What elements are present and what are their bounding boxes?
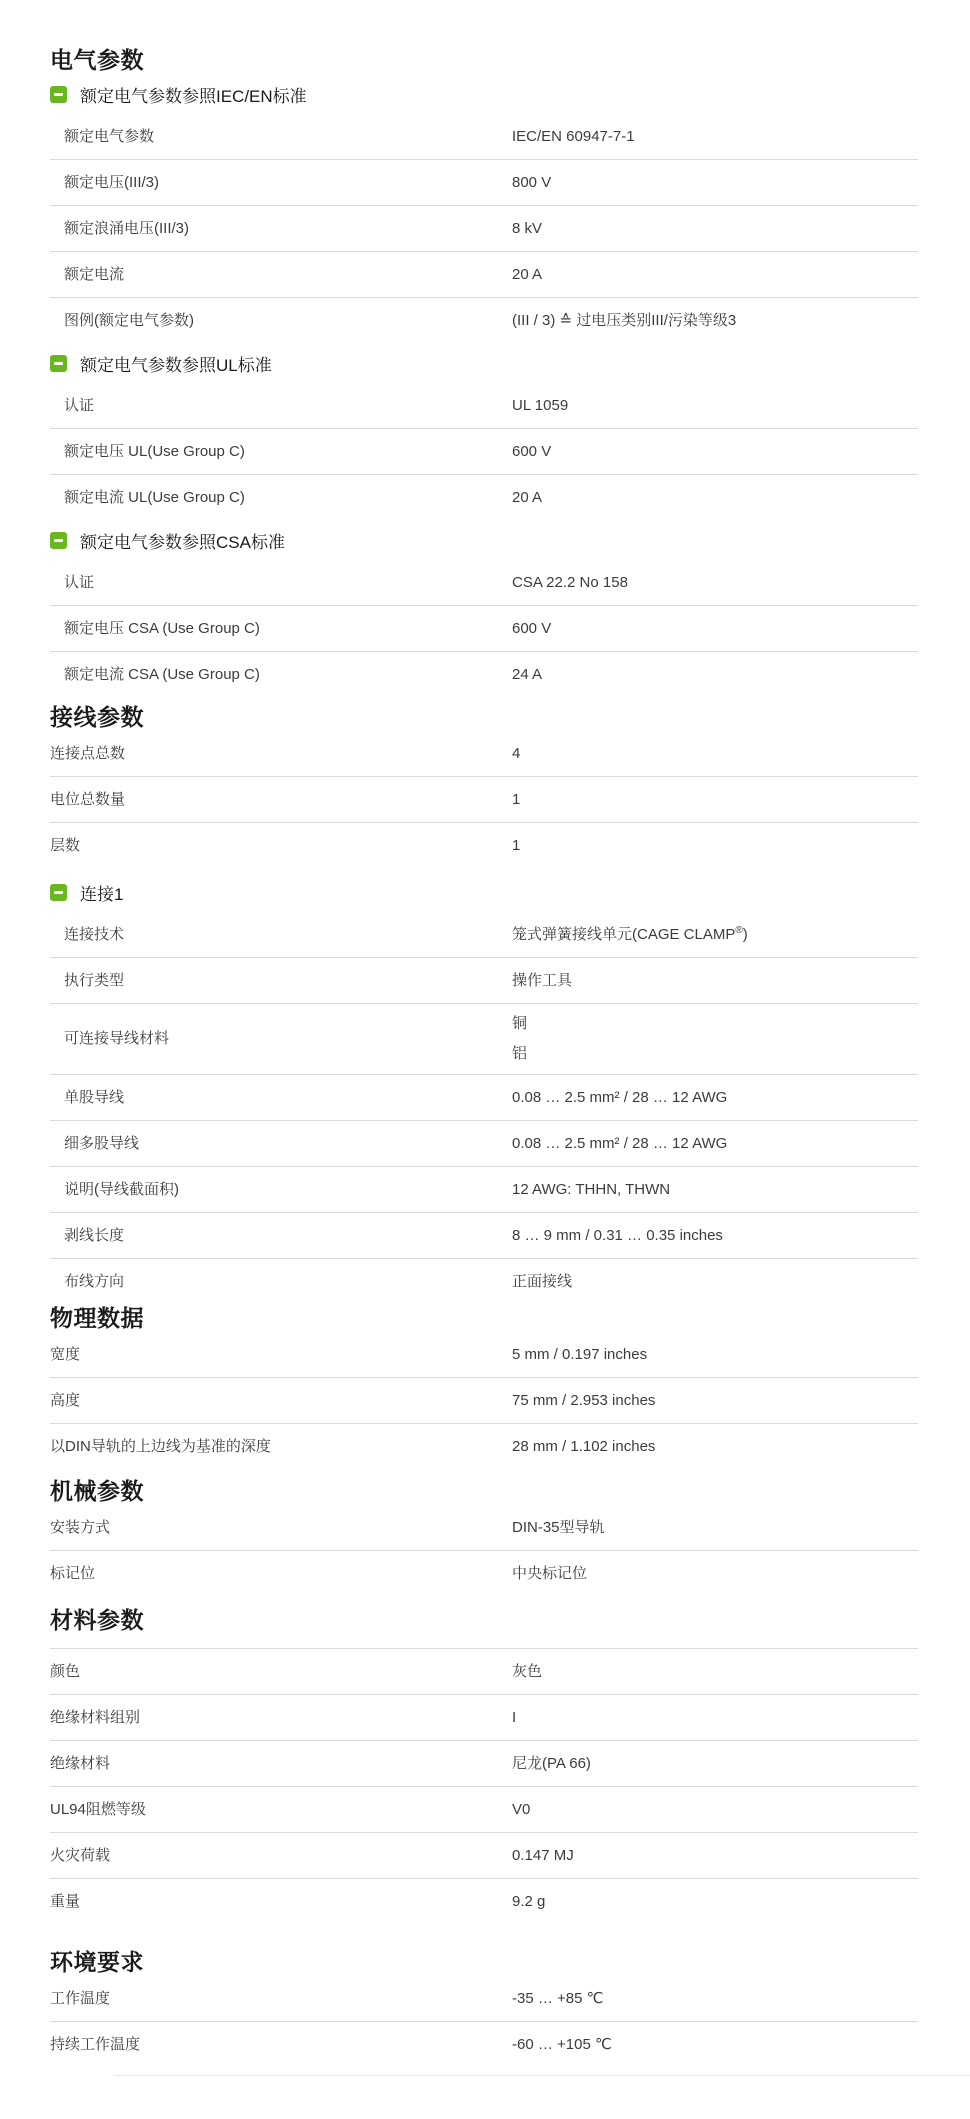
spec-value: 800 V bbox=[512, 173, 918, 193]
spec-value: IEC/EN 60947-7-1 bbox=[512, 127, 918, 147]
section: 材料参数颜色灰色绝缘材料组别I绝缘材料尼龙(PA 66)UL94阻燃等级V0火灾… bbox=[50, 1606, 918, 1924]
spec-label: 执行类型 bbox=[50, 971, 512, 991]
spec-label: 单股导线 bbox=[50, 1088, 512, 1108]
spec-value-line: 铜 bbox=[512, 1009, 918, 1039]
spec-row: UL94阻燃等级V0 bbox=[50, 1787, 918, 1833]
spec-row: 电位总数量1 bbox=[50, 777, 918, 823]
spec-value: CSA 22.2 No 158 bbox=[512, 573, 918, 593]
spec-value: 600 V bbox=[512, 619, 918, 639]
spec-label: 安装方式 bbox=[50, 1518, 512, 1538]
spec-value: 正面接线 bbox=[512, 1272, 918, 1292]
spec-row: 可连接导线材料铜铝 bbox=[50, 1004, 918, 1075]
spec-rows: 连接点总数4电位总数量1层数1 bbox=[50, 731, 918, 868]
group-toggle[interactable]: 额定电气参数参照UL标准 bbox=[50, 343, 918, 383]
spec-label: 额定电气参数 bbox=[50, 127, 512, 147]
spec-label: 认证 bbox=[50, 396, 512, 416]
spec-row: 宽度5 mm / 0.197 inches bbox=[50, 1332, 918, 1378]
spec-label: 图例(额定电气参数) bbox=[50, 311, 512, 331]
section-title: 环境要求 bbox=[50, 1948, 918, 1976]
spec-row: 执行类型操作工具 bbox=[50, 958, 918, 1004]
spec-label: 布线方向 bbox=[50, 1272, 512, 1292]
spec-label: 说明(导线截面积) bbox=[50, 1180, 512, 1200]
spec-value-line: 铝 bbox=[512, 1039, 918, 1069]
group-toggle[interactable]: 额定电气参数参照IEC/EN标准 bbox=[50, 74, 918, 114]
spec-row: 额定电压(III/3)800 V bbox=[50, 160, 918, 206]
section-title: 接线参数 bbox=[50, 703, 918, 731]
minus-glyph bbox=[54, 362, 63, 365]
group-label: 连接1 bbox=[80, 880, 123, 905]
spec-row: 高度75 mm / 2.953 inches bbox=[50, 1378, 918, 1424]
spec-label: 连接点总数 bbox=[50, 744, 512, 764]
spec-row: 认证CSA 22.2 No 158 bbox=[50, 560, 918, 606]
spec-label: 认证 bbox=[50, 573, 512, 593]
spec-value: -60 … +105 ℃ bbox=[512, 2035, 918, 2055]
spec-label: 颜色 bbox=[50, 1662, 512, 1682]
spec-value: 1 bbox=[512, 836, 918, 856]
spec-rows: 认证UL 1059额定电压 UL(Use Group C)600 V额定电流 U… bbox=[50, 383, 918, 520]
spec-label: 额定电压 UL(Use Group C) bbox=[50, 442, 512, 462]
spec-value: 灰色 bbox=[512, 1662, 918, 1682]
spec-label: 额定电流 bbox=[50, 265, 512, 285]
spec-row: 单股导线0.08 … 2.5 mm² / 28 … 12 AWG bbox=[50, 1075, 918, 1121]
spec-value: 中央标记位 bbox=[512, 1564, 918, 1584]
spec-value: 12 AWG: THHN, THWN bbox=[512, 1180, 918, 1200]
spec-row: 工作温度-35 … +85 ℃ bbox=[50, 1976, 918, 2022]
section: 物理数据宽度5 mm / 0.197 inches高度75 mm / 2.953… bbox=[50, 1304, 918, 1469]
spec-label: 额定电流 CSA (Use Group C) bbox=[50, 665, 512, 685]
minus-collapse-icon[interactable] bbox=[50, 355, 67, 372]
group-label: 额定电气参数参照IEC/EN标准 bbox=[80, 82, 307, 107]
spec-value-text: 笼式弹簧接线单元(CAGE CLAMP bbox=[512, 926, 735, 943]
group-toggle[interactable]: 连接1 bbox=[50, 872, 918, 912]
spec-label: 绝缘材料组别 bbox=[50, 1708, 512, 1728]
spec-value: 5 mm / 0.197 inches bbox=[512, 1345, 918, 1365]
spec-value: 笼式弹簧接线单元(CAGE CLAMP®) bbox=[512, 925, 918, 945]
spec-row: 额定电压 CSA (Use Group C)600 V bbox=[50, 606, 918, 652]
spec-label: 剥线长度 bbox=[50, 1226, 512, 1246]
spec-page: 电气参数额定电气参数参照IEC/EN标准额定电气参数IEC/EN 60947-7… bbox=[0, 0, 970, 2076]
spec-rows: 颜色灰色绝缘材料组别I绝缘材料尼龙(PA 66)UL94阻燃等级V0火灾荷载0.… bbox=[50, 1648, 918, 1924]
spec-label: 电位总数量 bbox=[50, 790, 512, 810]
spec-label: 细多股导线 bbox=[50, 1134, 512, 1154]
spec-value: DIN-35型导轨 bbox=[512, 1518, 918, 1538]
spec-row: 额定电流20 A bbox=[50, 252, 918, 298]
spec-row: 说明(导线截面积)12 AWG: THHN, THWN bbox=[50, 1167, 918, 1213]
minus-glyph bbox=[54, 93, 63, 96]
spec-row: 额定电压 UL(Use Group C)600 V bbox=[50, 429, 918, 475]
registered-trademark-symbol: ® bbox=[735, 925, 742, 936]
section: 接线参数连接点总数4电位总数量1层数1连接1连接技术笼式弹簧接线单元(CAGE … bbox=[50, 703, 918, 1304]
sections-container: 电气参数额定电气参数参照IEC/EN标准额定电气参数IEC/EN 60947-7… bbox=[50, 46, 918, 2067]
spec-label: 可连接导线材料 bbox=[50, 1029, 512, 1049]
section-title: 机械参数 bbox=[50, 1477, 918, 1505]
spec-rows: 安装方式DIN-35型导轨标记位中央标记位 bbox=[50, 1505, 918, 1596]
spec-value: 0.08 … 2.5 mm² / 28 … 12 AWG bbox=[512, 1134, 918, 1154]
spec-row: 额定电气参数IEC/EN 60947-7-1 bbox=[50, 114, 918, 160]
bottom-divider bbox=[114, 2075, 970, 2076]
spec-value: 0.147 MJ bbox=[512, 1846, 918, 1866]
spec-row: 连接技术笼式弹簧接线单元(CAGE CLAMP®) bbox=[50, 912, 918, 958]
section-title: 电气参数 bbox=[50, 46, 918, 74]
spec-value: V0 bbox=[512, 1800, 918, 1820]
group-label: 额定电气参数参照UL标准 bbox=[80, 351, 272, 376]
section: 电气参数额定电气参数参照IEC/EN标准额定电气参数IEC/EN 60947-7… bbox=[50, 46, 918, 697]
spec-label: 额定电流 UL(Use Group C) bbox=[50, 488, 512, 508]
spec-label: 以DIN导轨的上边线为基准的深度 bbox=[50, 1437, 512, 1457]
spec-value: 8 kV bbox=[512, 219, 918, 239]
spec-label: 标记位 bbox=[50, 1564, 512, 1584]
group-label: 额定电气参数参照CSA标准 bbox=[80, 528, 285, 553]
spec-value: 75 mm / 2.953 inches bbox=[512, 1391, 918, 1411]
minus-glyph bbox=[54, 891, 63, 894]
spec-value: 铜铝 bbox=[512, 1009, 918, 1069]
spec-label: UL94阻燃等级 bbox=[50, 1800, 512, 1820]
spec-value: (III / 3) ≙ 过电压类别III/污染等级3 bbox=[512, 311, 918, 331]
spec-value: 操作工具 bbox=[512, 971, 918, 991]
section-title: 物理数据 bbox=[50, 1304, 918, 1332]
spec-label: 持续工作温度 bbox=[50, 2035, 512, 2055]
spec-value: 0.08 … 2.5 mm² / 28 … 12 AWG bbox=[512, 1088, 918, 1108]
spec-value: -35 … +85 ℃ bbox=[512, 1989, 918, 2009]
spec-value: 8 … 9 mm / 0.31 … 0.35 inches bbox=[512, 1226, 918, 1246]
spec-row: 细多股导线0.08 … 2.5 mm² / 28 … 12 AWG bbox=[50, 1121, 918, 1167]
section: 机械参数安装方式DIN-35型导轨标记位中央标记位 bbox=[50, 1477, 918, 1596]
spec-row: 额定电流 CSA (Use Group C)24 A bbox=[50, 652, 918, 697]
spec-value-text: ) bbox=[743, 926, 748, 943]
spec-value: 20 A bbox=[512, 265, 918, 285]
spec-row: 持续工作温度-60 … +105 ℃ bbox=[50, 2022, 918, 2067]
section: 环境要求工作温度-35 … +85 ℃持续工作温度-60 … +105 ℃ bbox=[50, 1948, 918, 2067]
spec-label: 绝缘材料 bbox=[50, 1754, 512, 1774]
spec-rows: 宽度5 mm / 0.197 inches高度75 mm / 2.953 inc… bbox=[50, 1332, 918, 1469]
minus-collapse-icon[interactable] bbox=[50, 532, 67, 549]
spec-row: 剥线长度8 … 9 mm / 0.31 … 0.35 inches bbox=[50, 1213, 918, 1259]
spec-label: 额定电压(III/3) bbox=[50, 173, 512, 193]
spec-value: 24 A bbox=[512, 665, 918, 685]
spec-row: 图例(额定电气参数)(III / 3) ≙ 过电压类别III/污染等级3 bbox=[50, 298, 918, 343]
spec-value: 28 mm / 1.102 inches bbox=[512, 1437, 918, 1457]
section-title: 材料参数 bbox=[50, 1606, 918, 1634]
spec-label: 额定电压 CSA (Use Group C) bbox=[50, 619, 512, 639]
spec-row: 安装方式DIN-35型导轨 bbox=[50, 1505, 918, 1551]
spec-row: 布线方向正面接线 bbox=[50, 1259, 918, 1304]
spec-row: 连接点总数4 bbox=[50, 731, 918, 777]
spec-label: 层数 bbox=[50, 836, 512, 856]
spec-value: 600 V bbox=[512, 442, 918, 462]
spec-label: 工作温度 bbox=[50, 1989, 512, 2009]
spec-row: 颜色灰色 bbox=[50, 1648, 918, 1695]
spec-rows: 工作温度-35 … +85 ℃持续工作温度-60 … +105 ℃ bbox=[50, 1976, 918, 2067]
spec-row: 绝缘材料尼龙(PA 66) bbox=[50, 1741, 918, 1787]
spec-value: 尼龙(PA 66) bbox=[512, 1754, 918, 1774]
spec-row: 绝缘材料组别I bbox=[50, 1695, 918, 1741]
spec-label: 额定浪涌电压(III/3) bbox=[50, 219, 512, 239]
spec-label: 火灾荷载 bbox=[50, 1846, 512, 1866]
spec-value: UL 1059 bbox=[512, 396, 918, 416]
spec-label: 连接技术 bbox=[50, 925, 512, 945]
minus-glyph bbox=[54, 539, 63, 542]
minus-collapse-icon[interactable] bbox=[50, 86, 67, 103]
spec-row: 标记位中央标记位 bbox=[50, 1551, 918, 1596]
spec-label: 宽度 bbox=[50, 1345, 512, 1365]
group-toggle[interactable]: 额定电气参数参照CSA标准 bbox=[50, 520, 918, 560]
spec-label: 高度 bbox=[50, 1391, 512, 1411]
spec-label: 重量 bbox=[50, 1892, 512, 1912]
spec-value: 20 A bbox=[512, 488, 918, 508]
spec-rows: 额定电气参数IEC/EN 60947-7-1额定电压(III/3)800 V额定… bbox=[50, 114, 918, 343]
spec-rows: 连接技术笼式弹簧接线单元(CAGE CLAMP®)执行类型操作工具可连接导线材料… bbox=[50, 912, 918, 1304]
spec-row: 重量9.2 g bbox=[50, 1879, 918, 1924]
spec-row: 额定电流 UL(Use Group C)20 A bbox=[50, 475, 918, 520]
spec-value: 9.2 g bbox=[512, 1892, 918, 1912]
spec-row: 额定浪涌电压(III/3)8 kV bbox=[50, 206, 918, 252]
spec-value: 4 bbox=[512, 744, 918, 764]
spec-rows: 认证CSA 22.2 No 158额定电压 CSA (Use Group C)6… bbox=[50, 560, 918, 697]
spec-row: 以DIN导轨的上边线为基准的深度28 mm / 1.102 inches bbox=[50, 1424, 918, 1469]
spec-row: 认证UL 1059 bbox=[50, 383, 918, 429]
spec-value: I bbox=[512, 1708, 918, 1728]
spec-value: 1 bbox=[512, 790, 918, 810]
spec-row: 火灾荷载0.147 MJ bbox=[50, 1833, 918, 1879]
minus-collapse-icon[interactable] bbox=[50, 884, 67, 901]
spec-row: 层数1 bbox=[50, 823, 918, 868]
